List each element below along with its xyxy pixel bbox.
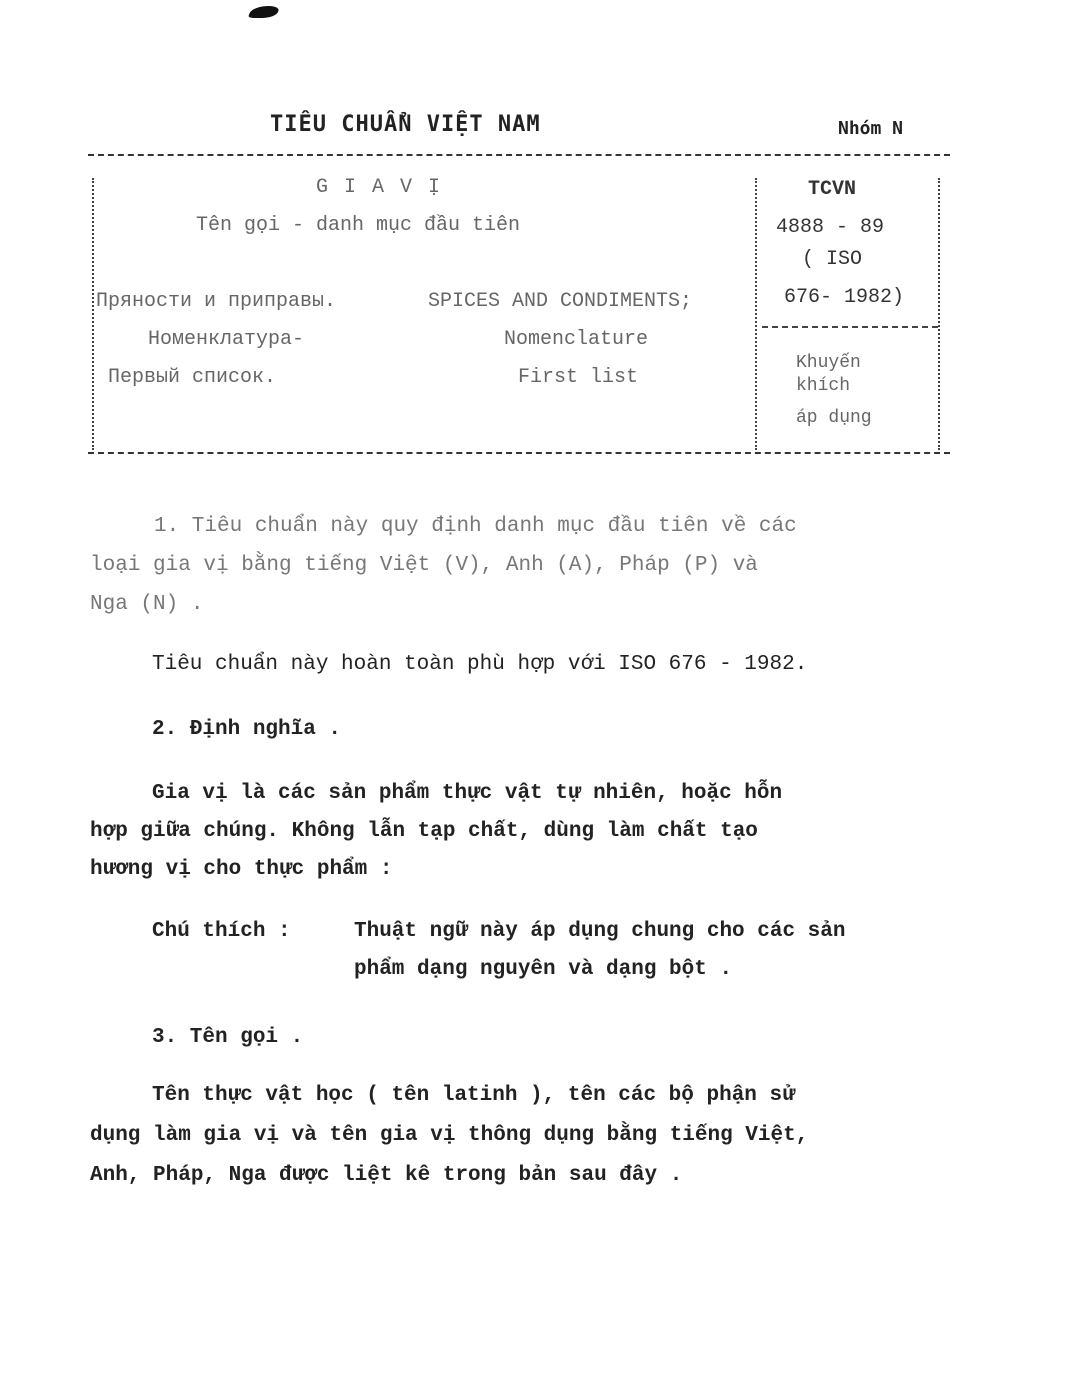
en-title: SPICES AND CONDIMENTS; bbox=[428, 290, 692, 313]
note-line-1: Thuật ngữ này áp dụng chung cho các sản bbox=[354, 920, 845, 943]
code-number: 4888 - 89 bbox=[776, 216, 884, 239]
ru-subtitle-1: Номенклатура- bbox=[148, 328, 304, 351]
iso-line-1: ( ISO bbox=[802, 248, 862, 271]
vn-title: G I A V Ị bbox=[316, 176, 442, 199]
note-line-2: phẩm dạng nguyên và dạng bột . bbox=[354, 958, 732, 981]
en-subtitle-2: First list bbox=[518, 366, 638, 389]
section-2-line-1: Gia vị là các sản phẩm thực vật tự nhiên… bbox=[152, 782, 782, 805]
paragraph-1-line-1: 1. Tiêu chuẩn này quy định danh mục đầu … bbox=[154, 515, 797, 538]
en-subtitle-1: Nomenclature bbox=[504, 328, 648, 351]
section-2-line-3: hương vị cho thực phẩm : bbox=[90, 858, 392, 881]
code-label: TCVN bbox=[808, 178, 856, 201]
paragraph-1-line-2: loại gia vị bằng tiếng Việt (V), Anh (A)… bbox=[90, 554, 758, 577]
note-label: Chú thích : bbox=[152, 920, 291, 943]
header-rule bbox=[88, 154, 950, 156]
section-3-heading: 3. Tên gọi . bbox=[152, 1026, 303, 1049]
vn-subtitle: Tên gọi - danh mục đầu tiên bbox=[196, 214, 520, 237]
ru-title: Пряности и приправы. bbox=[96, 290, 336, 313]
section-3-line-1: Tên thực vật học ( tên latinh ), tên các… bbox=[152, 1084, 795, 1107]
code-status-divider bbox=[762, 326, 938, 328]
ru-subtitle-2: Первый список. bbox=[108, 366, 276, 389]
section-3-line-3: Anh, Pháp, Nga được liệt kê trong bản sa… bbox=[90, 1164, 682, 1187]
status-line-3: áp dụng bbox=[796, 408, 872, 428]
paragraph-2: Tiêu chuẩn này hoàn toàn phù hợp với ISO… bbox=[152, 653, 807, 676]
section-2-heading: 2. Định nghĩa . bbox=[152, 718, 341, 741]
status-line-2: khích bbox=[796, 376, 850, 396]
standard-header-title: TIÊU CHUẨN VIỆT NAM bbox=[270, 112, 541, 137]
paragraph-1-line-3: Nga (N) . bbox=[90, 593, 203, 616]
group-code: Nhóm N bbox=[838, 118, 903, 139]
ink-mark bbox=[248, 6, 280, 18]
table-middle-border bbox=[755, 178, 757, 450]
table-right-border bbox=[938, 178, 940, 450]
section-2-line-2: hợp giữa chúng. Không lẫn tạp chất, dùng… bbox=[90, 820, 758, 843]
table-left-border bbox=[92, 178, 94, 450]
status-line-1: Khuyến bbox=[796, 352, 861, 374]
table-bottom-rule bbox=[88, 452, 950, 454]
iso-line-2: 676- 1982) bbox=[784, 286, 904, 309]
section-3-line-2: dụng làm gia vị và tên gia vị thông dụng… bbox=[90, 1124, 808, 1147]
